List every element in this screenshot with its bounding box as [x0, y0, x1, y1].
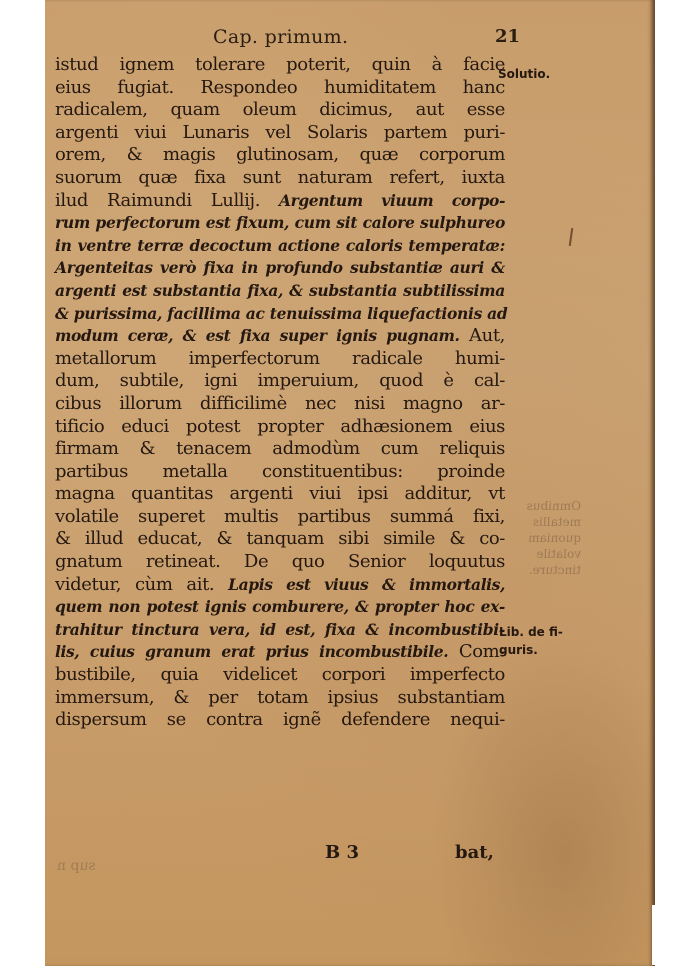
ghost-line: Omnibus	[501, 498, 581, 514]
catchword: bat,	[455, 842, 494, 863]
text-line: gnatum retineat. De quo Senior loquutus	[55, 551, 505, 574]
margin-note-line: Lib. de fi-	[499, 623, 563, 641]
text-line: cibus illorum difficilimè nec nisi magno…	[55, 393, 505, 416]
body-text: istud ignem tolerare poterit, quin à fac…	[55, 54, 505, 732]
book-page: Cap. primum. 21 istud ignem tolerare pot…	[45, 0, 655, 966]
text-line: immersum, & per totam ipsius substantiam	[55, 687, 505, 710]
ghost-line: metallis	[501, 514, 581, 530]
text-line: eius fugiat. Respondeo humiditatem hanc	[55, 77, 505, 100]
ghost-line: quoniam	[501, 530, 581, 546]
margin-note-line: guris.	[499, 641, 563, 659]
text-line: dispersum se contra ignẽ defendere nequi…	[55, 709, 505, 732]
ghost-line: tincture.	[501, 562, 581, 578]
margin-note-lib-de-figuris: Lib. de fi- guris.	[499, 623, 563, 659]
text-line: metallorum imperfectorum radicale humi-	[55, 348, 505, 371]
text-line: radicalem, quam oleum dicimus, aut esse	[55, 99, 505, 122]
roman-run: ilud Raimundi Lullij.	[55, 190, 279, 211]
signature-mark: B 3	[325, 842, 359, 863]
italic-quote-line: trahitur tinctura vera, id est, fixa & i…	[55, 619, 505, 642]
show-through-margin-text: Omnibus metallis quoniam volatile tinctu…	[501, 498, 581, 578]
ink-stain-mark	[569, 228, 573, 246]
roman-run: videtur, cùm ait.	[55, 574, 228, 595]
text-line: firmam & tenacem admodùm cum reliquis	[55, 438, 505, 461]
text-line: argenti viui Lunaris vel Solaris partem …	[55, 122, 505, 145]
text-line: bustibile, quia videlicet corpori imperf…	[55, 664, 505, 687]
italic-quote-run: Argentum viuum corpo-	[279, 191, 505, 210]
italic-quote-run: lis, cuius granum erat prius incombustib…	[55, 642, 459, 661]
text-line: volatile superet multis partibus summá f…	[55, 506, 505, 529]
roman-run: Aut,	[469, 325, 505, 346]
text-line: partibus metalla constituentibus: proind…	[55, 461, 505, 484]
page-header: Cap. primum. 21	[45, 26, 655, 52]
text-line: tificio educi potest propter adhæsionem …	[55, 416, 505, 439]
text-line: orem, & magis glutinosam, quæ corporum	[55, 144, 505, 167]
text-line: istud ignem tolerare poterit, quin à fac…	[55, 54, 505, 77]
margin-note-solutio: Solutio.	[498, 65, 550, 83]
page-edge-notch	[652, 905, 662, 965]
text-line: & illud educat, & tanquam sibi simile & …	[55, 528, 505, 551]
italic-quote-line: Argenteitas verò fixa in profundo substa…	[55, 257, 505, 280]
italic-quote-line: argenti est substantia fixa, & substanti…	[55, 280, 505, 303]
page-number: 21	[495, 26, 520, 47]
running-head: Cap. primum.	[213, 26, 348, 48]
ghost-line: volatile	[501, 546, 581, 562]
text-line: ilud Raimundi Lullij. Argentum viuum cor…	[55, 190, 505, 213]
italic-quote-line: rum perfectorum est fixum, cum sit calor…	[55, 212, 505, 235]
italic-quote-line: quem non potest ignis comburere, & propt…	[55, 596, 505, 619]
text-line: suorum quæ fixa sunt naturam refert, iux…	[55, 167, 505, 190]
italic-quote-line: & purissima, facillima ac tenuissima liq…	[55, 303, 505, 326]
text-line: modum ceræ, & est fixa super ignis pugna…	[55, 325, 505, 348]
italic-quote-line: in ventre terræ decoctum actione caloris…	[55, 235, 505, 258]
text-line: lis, cuius granum erat prius incombustib…	[55, 641, 505, 664]
italic-quote-run: modum ceræ, & est fixa super ignis pugna…	[55, 326, 469, 345]
italic-quote-run: Lapis est viuus & immortalis,	[228, 575, 505, 594]
show-through-bottom-text: sup n	[57, 858, 96, 874]
text-line: magna quantitas argenti viui ipsi additu…	[55, 483, 505, 506]
text-line: videtur, cùm ait. Lapis est viuus & immo…	[55, 574, 505, 597]
text-line: dum, subtile, igni imperuium, quod è cal…	[55, 370, 505, 393]
